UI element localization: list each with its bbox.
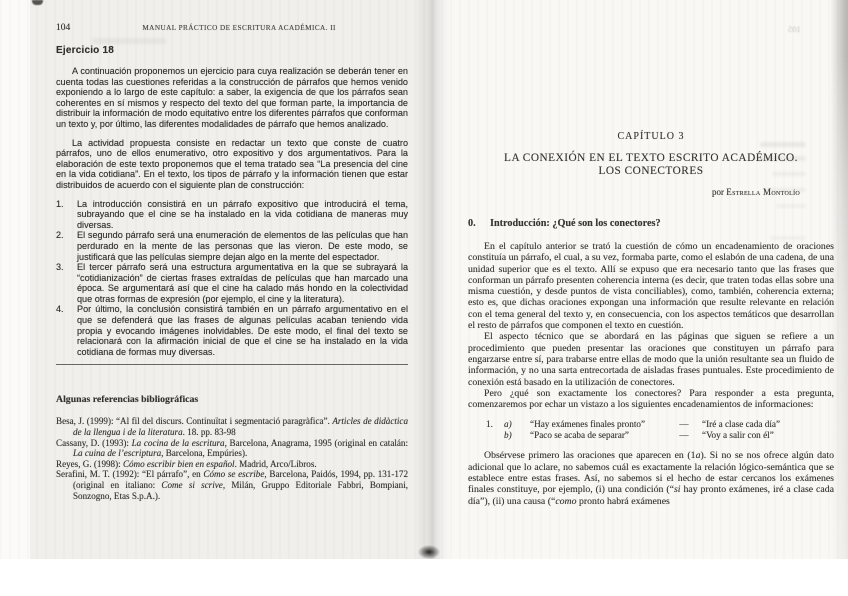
example-label: b) [504,430,530,441]
chapter-title: LA CONEXIÓN EN EL TEXTO ESCRITO ACADÉMIC… [468,152,834,178]
list-item-text: El tercer párrafo será una estructura ar… [77,262,408,304]
book-gutter-shadow [414,0,450,559]
list-item: 4. Por último, la conclusión consistirá … [56,304,408,357]
example-second-clause: “Iré a clase cada día” [702,419,834,430]
list-item: 1. La introducción consistirá en un párr… [56,199,408,231]
scanned-book-spread: 105 104 MANUAL PRÁCTICO DE ESCRITURA ACA… [0,0,848,559]
example-dash: — [666,419,702,430]
left-page-header: 104 MANUAL PRÁCTICO DE ESCRITURA ACADÉMI… [56,23,408,33]
exercise-title: Ejercicio 18 [56,45,408,56]
running-head: MANUAL PRÁCTICO DE ESCRITURA ACADÉMICA. … [70,24,408,32]
example-row: 1. a) “Hay exámenes finales pronto” — “I… [486,419,834,430]
bibliography-heading: Algunas referencias bibliográficas [56,394,408,405]
list-item-number: 4. [56,304,77,357]
example-dash: — [666,430,702,441]
author-name: Estrella Montolío [726,187,800,197]
list-item-number: 1. [56,199,77,231]
exercise-paragraph: La actividad propuesta consiste en redac… [56,138,408,191]
example-label: a) [504,419,530,430]
chapter-label: CAPÍTULO 3 [468,131,834,142]
exercise-paragraph: A continuación proponemos un ejercicio p… [56,66,408,130]
example-second-clause: “Voy a salir con él” [702,430,834,441]
scan-left-margin [0,0,30,559]
body-paragraph: En el capítulo anterior se trató la cues… [468,241,834,331]
body-paragraph: Obsérvese primero las oraciones que apar… [468,450,834,506]
reference-entry: Serafini, M. T. (1992): “El párrafo”, en… [56,469,408,501]
body-paragraph: El aspecto técnico que se abordará en la… [468,331,834,387]
page-number: 104 [56,23,70,33]
right-page: CAPÍTULO 3 LA CONEXIÓN EN EL TEXTO ESCRI… [468,0,834,507]
list-item-number: 3. [56,262,77,304]
list-item-text: Por último, la conclusión consistirá tam… [77,304,408,357]
example-first-clause: “Hay exámenes finales pronto” [530,419,666,430]
list-item-text: La introducción consistirá en un párrafo… [77,199,408,231]
section-heading: 0. Introducción: ¿Qué son los conectores… [468,218,834,229]
chapter-title-line1: LA CONEXIÓN EN EL TEXTO ESCRITO ACADÉMIC… [468,152,834,165]
list-item: 2. El segundo párrafo será una enumeraci… [56,230,408,262]
reference-entry: Reyes, G. (1998): Cómo escribir bien en … [56,459,408,470]
example-first-clause: “Paco se acaba de separar” [530,430,666,441]
gutter-ink-blot [418,545,440,559]
section-divider [56,364,408,365]
chapter-title-line2: LOS CONECTORES [468,165,834,178]
list-item-text: El segundo párrafo será una enumeración … [77,230,408,262]
construction-plan-list: 1. La introducción consistirá en un párr… [56,199,408,358]
author-prefix: por [712,187,726,197]
example-number: 1. [486,419,504,430]
reference-entry: Cassany, D. (1993): La cocina de la escr… [56,438,408,459]
section-title: Introducción: ¿Qué son los conectores? [490,218,661,229]
list-item-number: 2. [56,230,77,262]
example-block: 1. a) “Hay exámenes finales pronto” — “I… [486,419,834,441]
list-item: 3. El tercer párrafo será una estructura… [56,262,408,304]
left-page: 104 MANUAL PRÁCTICO DE ESCRITURA ACADÉMI… [56,0,408,501]
body-paragraph: Pero ¿qué son exactamente los conectores… [468,388,834,411]
bibliography-list: Besa, J. (1999): “Al fil del discurs. Co… [56,416,408,501]
author-byline: por Estrella Montolío [468,187,834,197]
reference-entry: Besa, J. (1999): “Al fil del discurs. Co… [56,416,408,437]
example-row: b) “Paco se acaba de separar” — “Voy a s… [486,430,834,441]
example-number [486,430,504,441]
section-number: 0. [468,218,490,229]
